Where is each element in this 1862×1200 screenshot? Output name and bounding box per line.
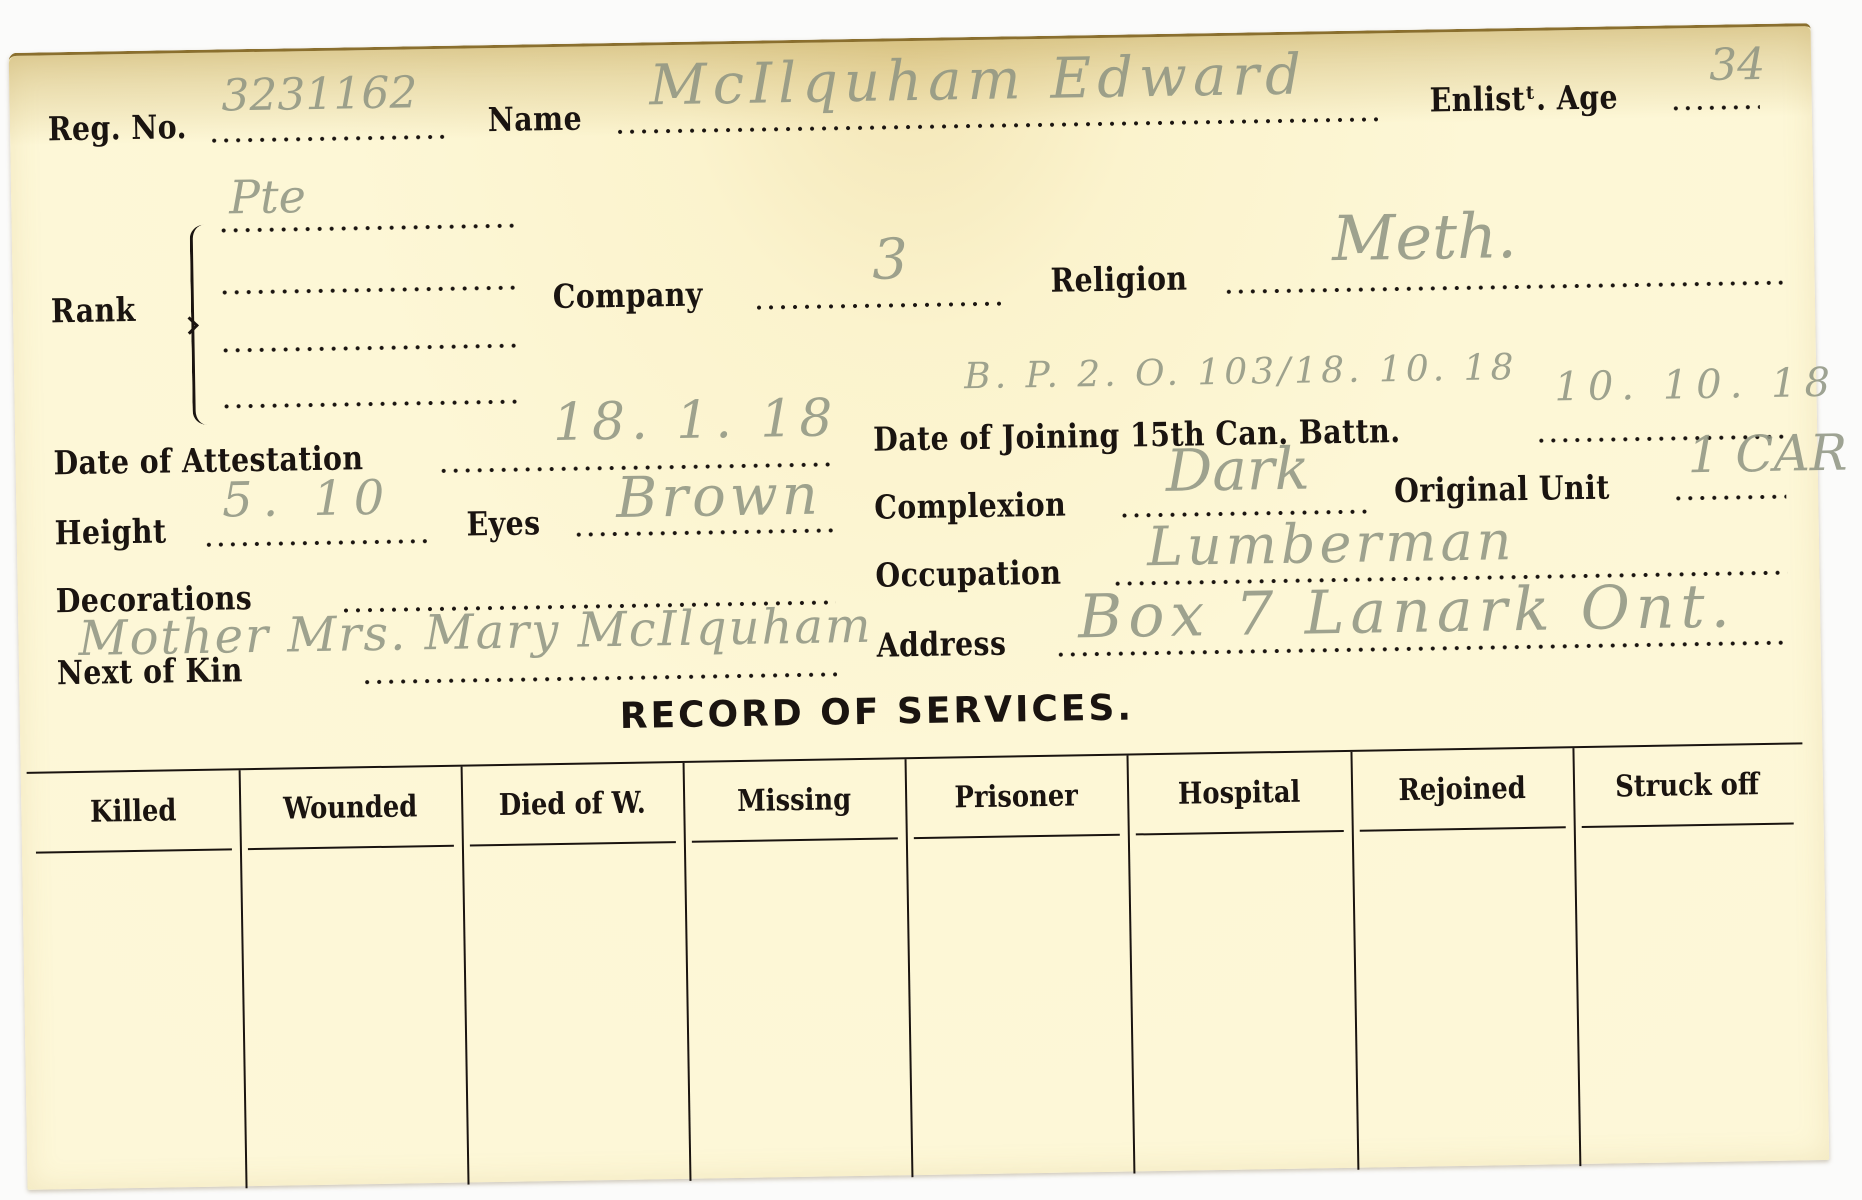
- occupation-label: Occupation: [875, 553, 1062, 595]
- column-divider-4: [905, 759, 914, 1177]
- height-label: Height: [54, 511, 166, 552]
- cell-wounded: [248, 849, 459, 1182]
- table-top-rule: [27, 742, 1803, 773]
- religion-value: Meth.: [1331, 199, 1517, 275]
- scan-background: Reg. No. 3231162 Name McIlquham Edward E…: [0, 0, 1862, 1200]
- date-of-attestation-value: 18. 1. 18: [552, 388, 839, 453]
- date-of-joining-label: Date of Joining 15th Can. Battn.: [873, 411, 1401, 459]
- height-value: 5. 10: [222, 470, 395, 529]
- next-of-kin-value: Mother Mrs. Mary McIlquham: [78, 598, 873, 667]
- column-header-rejoined: Rejoined: [1373, 771, 1551, 809]
- address-label: Address: [876, 624, 1006, 665]
- height-dotted-line: [203, 539, 429, 547]
- eyes-dotted-line: [573, 528, 835, 536]
- reg-no-value: 3231162: [221, 67, 418, 121]
- name-value: McIlquham Edward: [649, 42, 1308, 118]
- original-unit-dotted-line: [1672, 495, 1786, 501]
- cell-rejoined: [1360, 830, 1571, 1163]
- cell-died-of-wounds: [470, 845, 681, 1178]
- rank-line-4: [221, 400, 521, 409]
- record-of-services-title: RECORD OF SERVICES.: [619, 687, 1134, 737]
- column-divider-6: [1350, 752, 1359, 1170]
- rank-line-1: [218, 224, 518, 233]
- company-dotted-line: [753, 302, 1003, 310]
- address-value: Box 7 Lanark Ont.: [1078, 571, 1737, 652]
- cell-missing: [692, 841, 903, 1174]
- column-divider-2: [461, 767, 470, 1185]
- original-unit-value: 1 CAR: [1687, 424, 1848, 485]
- name-label: Name: [488, 99, 583, 140]
- rank-label: Rank: [51, 290, 136, 330]
- religion-label: Religion: [1050, 259, 1187, 300]
- complexion-value: Dark: [1165, 435, 1310, 505]
- column-header-prisoner: Prisoner: [927, 778, 1105, 816]
- rank-value-1: Pte: [229, 169, 307, 224]
- rank-line-2: [219, 286, 519, 295]
- column-divider-1: [239, 770, 248, 1188]
- column-divider-7: [1572, 748, 1581, 1166]
- column-header-died-of-wounds: Died of W.: [483, 785, 661, 823]
- rank-line-3: [220, 344, 520, 353]
- column-header-killed: Killed: [49, 793, 218, 831]
- battalion-order-annotation: B. P. 2. O. 103/18. 10. 18: [964, 347, 1518, 397]
- cell-hospital: [1136, 834, 1349, 1167]
- reg-no-label: Reg. No.: [48, 107, 188, 148]
- column-header-missing: Missing: [705, 782, 883, 820]
- next-of-kin-dotted-line: [361, 672, 837, 684]
- column-divider-5: [1127, 756, 1136, 1174]
- company-value: 3: [872, 227, 909, 293]
- complexion-label: Complexion: [874, 485, 1066, 527]
- service-record-card: Reg. No. 3231162 Name McIlquham Edward E…: [9, 23, 1830, 1190]
- eyes-value: Brown: [616, 463, 823, 531]
- eyes-label: Eyes: [466, 503, 541, 543]
- enlist-age-value: 34: [1709, 39, 1766, 91]
- date-of-joining-value: 10. 10. 18: [1554, 360, 1838, 411]
- religion-dotted-line: [1223, 281, 1783, 294]
- company-label: Company: [552, 275, 703, 316]
- column-header-hospital: Hospital: [1149, 774, 1328, 812]
- column-header-wounded: Wounded: [261, 789, 439, 827]
- enlist-age-label: Enlistᵗ. Age: [1429, 77, 1618, 119]
- original-unit-label: Original Unit: [1394, 468, 1610, 511]
- occupation-value: Lumberman: [1147, 509, 1516, 578]
- cell-struck-off: [1582, 827, 1799, 1160]
- cell-prisoner: [914, 838, 1125, 1171]
- column-divider-3: [683, 763, 692, 1181]
- cell-killed: [36, 852, 237, 1185]
- column-header-struck-off: Struck off: [1596, 767, 1779, 805]
